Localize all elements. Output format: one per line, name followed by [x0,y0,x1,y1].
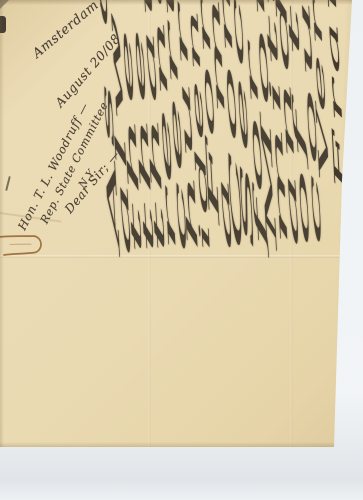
pen-tick-mark [5,176,11,191]
letter-body-lines: As a Republican who hasalways voted and … [98,0,324,258]
corner-mark [0,0,9,9]
letter-body: As a Republican who hasalways voted and … [98,0,356,268]
paperclip-stain-icon [0,229,56,261]
letter-paper: Amsterdam, N.Y. August 20/08 Hon. T. L. … [0,0,363,447]
edge-mark [0,16,6,33]
scan-canvas: Amsterdam, N.Y. August 20/08 Hon. T. L. … [0,0,363,500]
